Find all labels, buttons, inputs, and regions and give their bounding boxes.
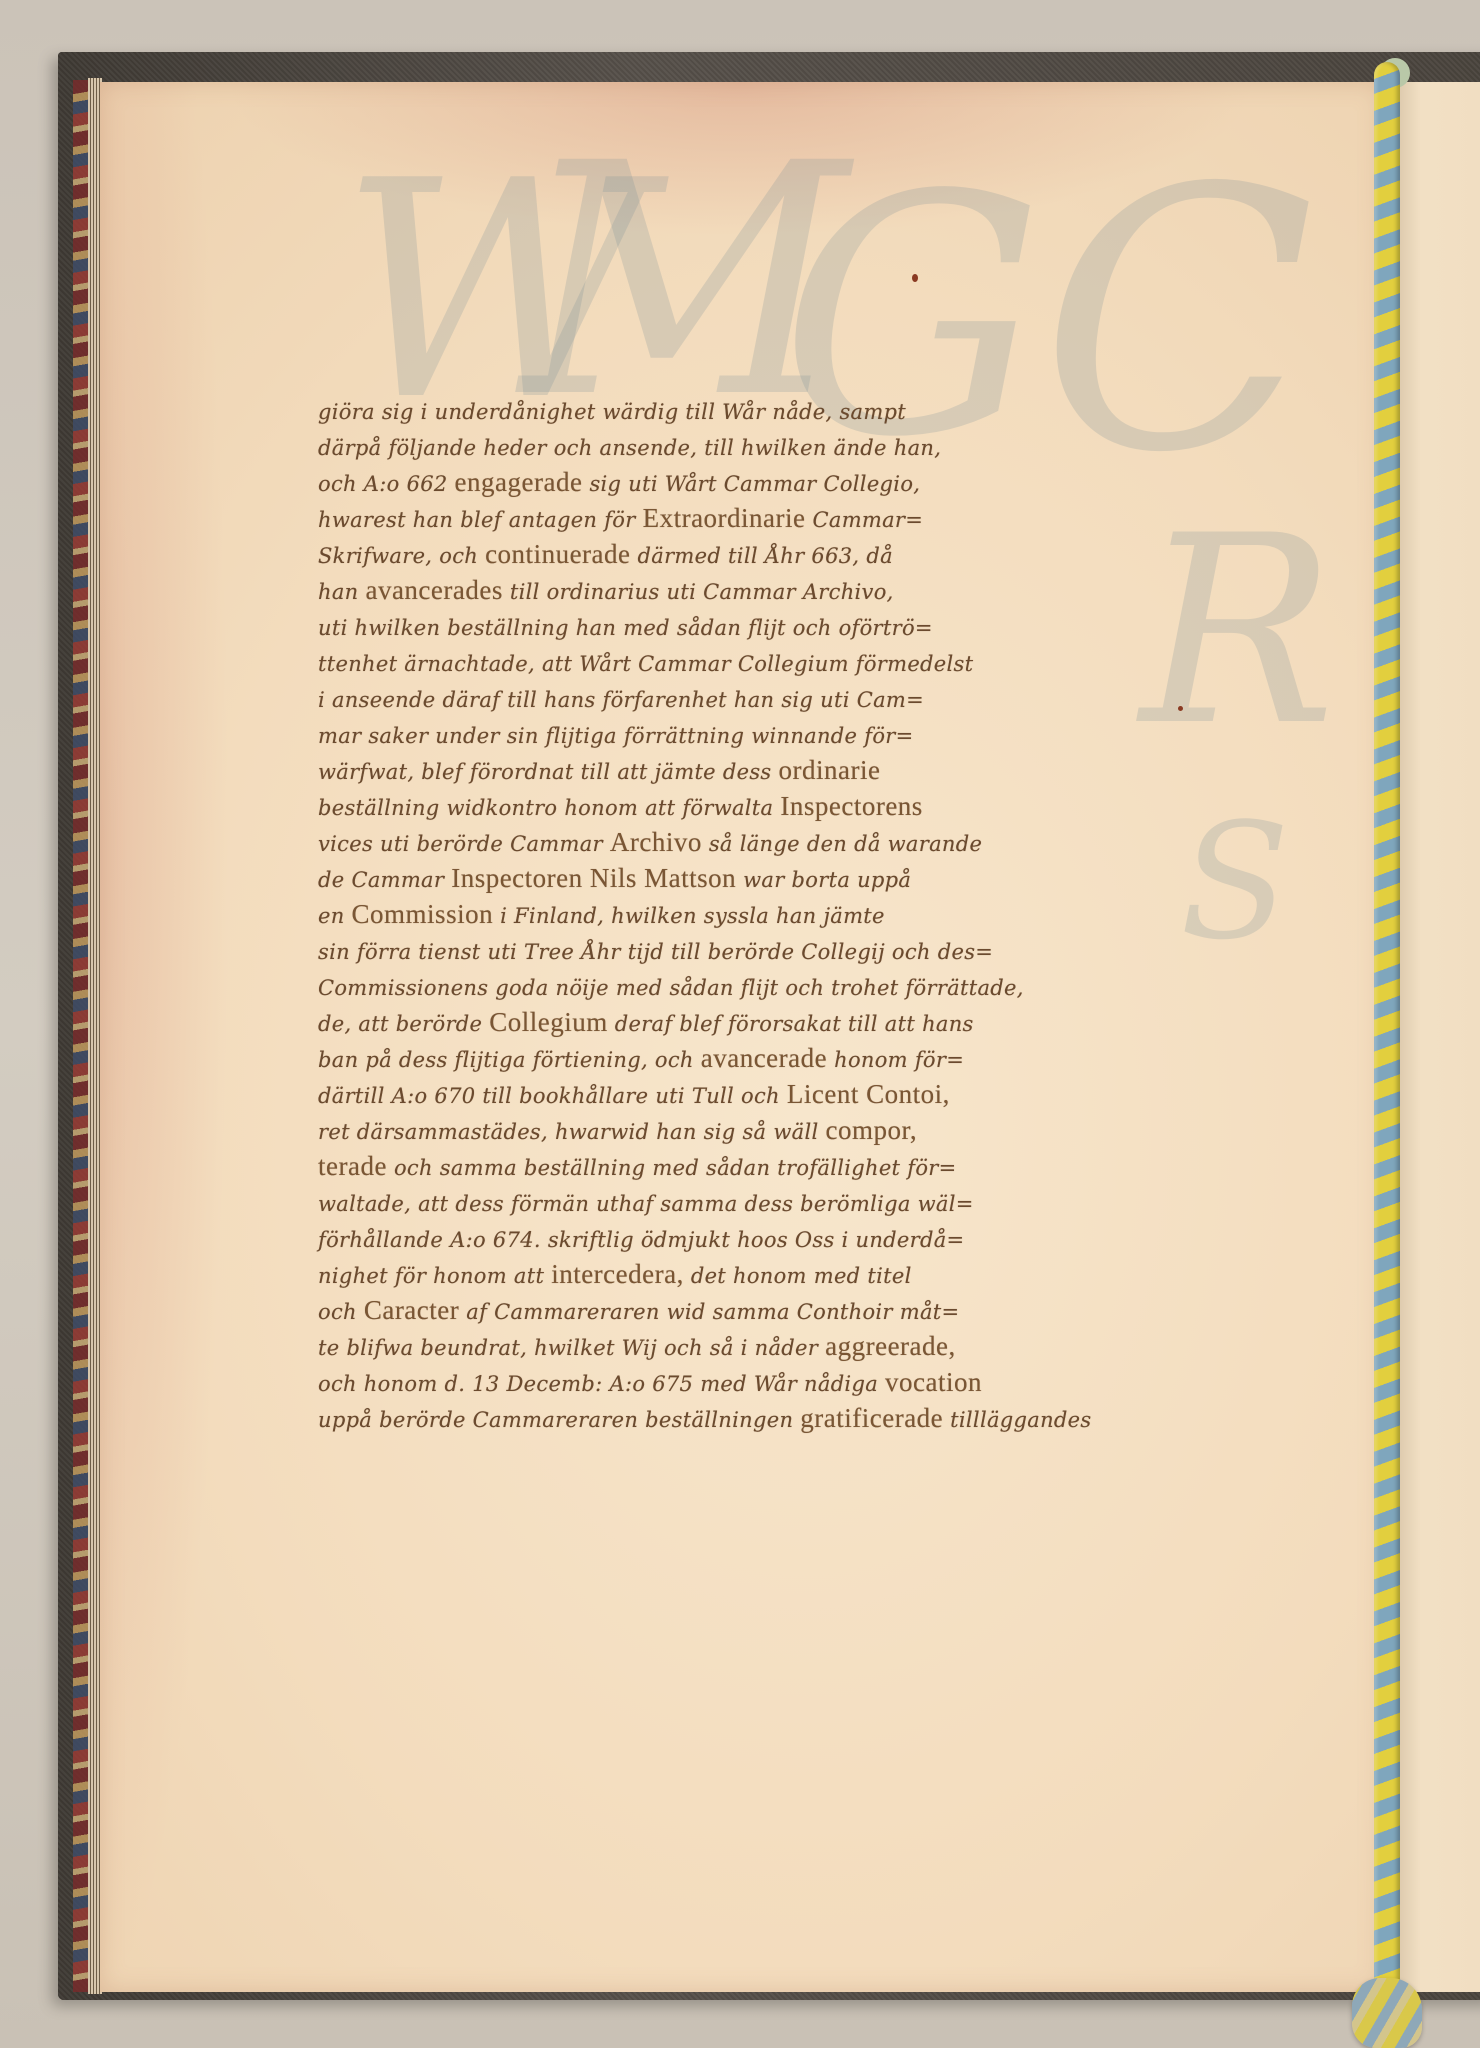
- text-line: ban på dess flijtiga förtiening, och ava…: [318, 1040, 1268, 1076]
- manuscript-text: giöra sig i underdånighet wärdig till Wå…: [318, 392, 1268, 1436]
- text-line: Skrifware, och continuerade därmed till …: [318, 536, 1268, 572]
- text-line: sin förra tienst uti Tree Åhr tijd till …: [318, 932, 1268, 968]
- binding-cord: [1374, 62, 1400, 2002]
- text-line: mar saker under sin flijtiga förrättning…: [318, 716, 1268, 752]
- text-line: i anseende däraf till hans förfarenhet h…: [318, 680, 1268, 716]
- cord-knot: [1352, 1978, 1422, 2048]
- text-line: terade och samma beställning med sådan t…: [318, 1148, 1268, 1184]
- text-line: beställning widkontro honom att förwalta…: [318, 788, 1268, 824]
- ink-stain: [912, 274, 918, 282]
- text-line: därtill A:o 670 till bookhållare uti Tul…: [318, 1076, 1268, 1112]
- text-line: vices uti berörde Cammar Archivo så läng…: [318, 824, 1268, 860]
- text-line: wärfwat, blef förordnat till att jämte d…: [318, 752, 1268, 788]
- text-line: nighet för honom att intercedera, det ho…: [318, 1256, 1268, 1292]
- text-line: därpå följande heder och ansende, till h…: [318, 428, 1268, 464]
- text-line: de, att berörde Collegium deraf blef för…: [318, 1004, 1268, 1040]
- text-line: förhållande A:o 674. skriftlig ödmjukt h…: [318, 1220, 1268, 1256]
- text-line: giöra sig i underdånighet wärdig till Wå…: [318, 392, 1268, 428]
- text-line: en Commission i Finland, hwilken syssla …: [318, 896, 1268, 932]
- facing-leaf: [1394, 82, 1480, 1992]
- text-line: och honom d. 13 Decemb: A:o 675 med Wår …: [318, 1364, 1268, 1400]
- text-line: han avancerades till ordinarius uti Camm…: [318, 572, 1268, 608]
- text-line: hwarest han blef antagen för Extraordina…: [318, 500, 1268, 536]
- text-line: ttenhet ärnachtade, att Wårt Cammar Coll…: [318, 644, 1268, 680]
- text-line: te blifwa beundrat, hwilket Wij och så i…: [318, 1328, 1268, 1364]
- text-line: och A:o 662 engagerade sig uti Wårt Camm…: [318, 464, 1268, 500]
- text-line: de Cammar Inspectoren Nils Mattson war b…: [318, 860, 1268, 896]
- text-line: uppå berörde Cammareraren beställningen …: [318, 1400, 1268, 1436]
- text-line: waltade, att dess förmän uthaf samma des…: [318, 1184, 1268, 1220]
- text-line: uti hwilken beställning han med sådan fl…: [318, 608, 1268, 644]
- text-line: ret därsammastädes, hwarwid han sig så w…: [318, 1112, 1268, 1148]
- text-line: och Caracter af Cammareraren wid samma C…: [318, 1292, 1268, 1328]
- text-line: Commissionens goda nöije med sådan flijt…: [318, 968, 1268, 1004]
